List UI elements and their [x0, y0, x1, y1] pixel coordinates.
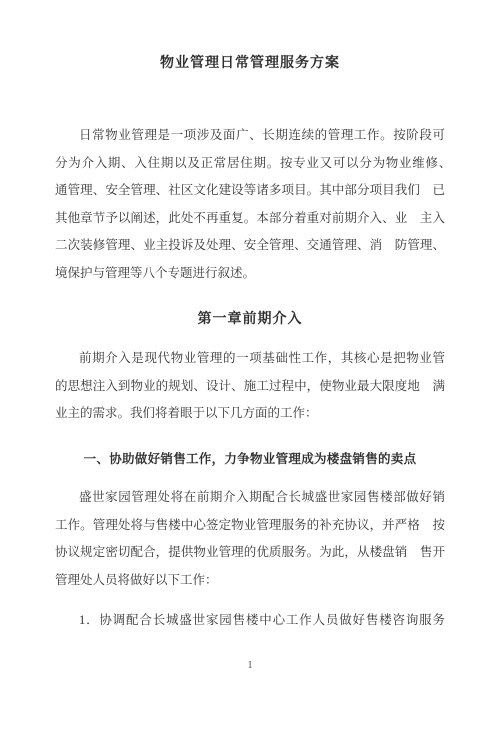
text-line: 工作。管理处将与售楼中心签定物业管理服务的补充协议，并严格 按照	[55, 512, 445, 540]
document-page: 物业管理日常管理服务方案 日常物业管理是一项涉及面广、长期连续的管理工作。按阶段…	[0, 0, 500, 747]
paragraph-section-body: 盛世家园管理处将在前期介入期配合长城盛世家园售楼部做好销 售 工作。管理处将与售…	[55, 484, 445, 594]
list-item: 1．协调配合长城盛世家园售楼中心工作人员做好售楼咨询服务 工作；	[55, 607, 445, 635]
text-line: 分为介入期、入住期以及正常居住期。按专业又可以分为物业维修、 交	[55, 150, 445, 178]
text-line: 管理处人员将做好以下工作：	[55, 567, 445, 595]
text-line: 的思想注入到物业的规划、设计、施工过程中，使物业最大限度地 满足	[55, 373, 445, 401]
chapter-heading: 第一章前期介入	[0, 308, 500, 328]
text-line: 日常物业管理是一项涉及面广、长期连续的管理工作。按阶段可 以	[55, 122, 445, 150]
paragraph-intro: 日常物业管理是一项涉及面广、长期连续的管理工作。按阶段可 以 分为介入期、入住期…	[55, 122, 445, 287]
paragraph-chapter-intro: 前期介入是现代物业管理的一项基础性工作，其核心是把物业管 理 的思想注入到物业的…	[55, 345, 445, 428]
text-line: 其他章节予以阐述，此处不再重复。本部分着重对前期介入、业 主入住、	[55, 205, 445, 233]
text-line: 盛世家园管理处将在前期介入期配合长城盛世家园售楼部做好销 售	[55, 484, 445, 512]
section-heading: 一、协助做好销售工作，力争物业管理成为楼盘销售的卖点	[0, 449, 500, 467]
text-line: 二次装修管理、业主投诉及处理、安全管理、交通管理、消 防管理、环	[55, 232, 445, 260]
doc-title: 物业管理日常管理服务方案	[0, 52, 500, 72]
text-line: 业主的需求。我们将着眼于以下几方面的工作：	[55, 400, 445, 428]
text-line: 通管理、安全管理、社区文化建设等诸多项目。其中部分项目我们 已在	[55, 177, 445, 205]
numbered-list: 1．协调配合长城盛世家园售楼中心工作人员做好售楼咨询服务 工作；	[55, 607, 445, 635]
text-line: 境保护与管理等八个专题进行叙述。	[55, 260, 445, 288]
text-line: 协议规定密切配合，提供物业管理的优质服务。为此，从楼盘销 售开始，	[55, 539, 445, 567]
text-line: 前期介入是现代物业管理的一项基础性工作，其核心是把物业管 理	[55, 345, 445, 373]
page-number: 1	[0, 660, 500, 671]
